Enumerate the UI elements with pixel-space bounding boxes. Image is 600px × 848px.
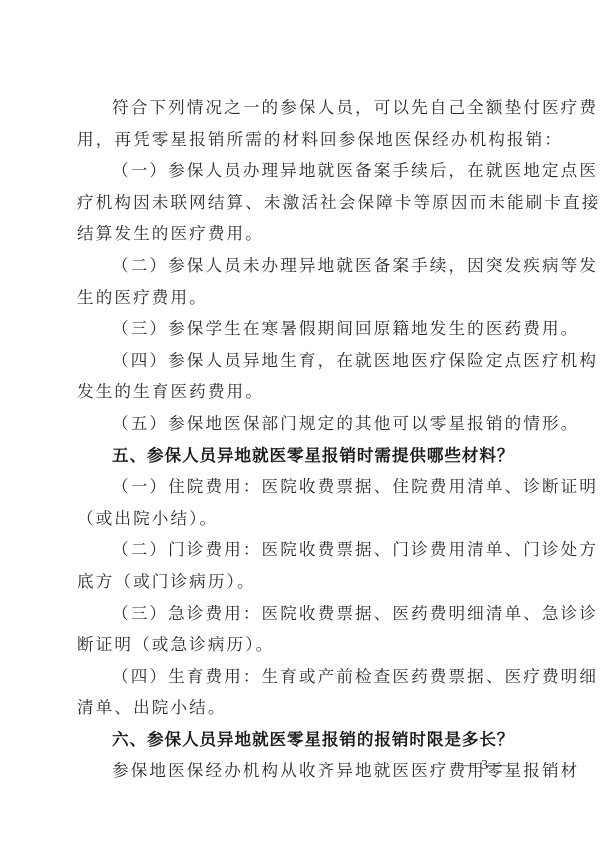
item-3-line-1: （三）参保学生在寒暑假期间回原籍地发生的医药费用。 xyxy=(77,313,523,345)
item-1-line-2: 疗机构因未联网结算、未激活社会保障卡等原因而未能刷卡直接 xyxy=(77,187,523,219)
page-number: — 3 — xyxy=(455,758,515,774)
material-2-line-1: （二）门诊费用：医院收费票据、门诊费用清单、门诊处方 xyxy=(77,534,523,566)
item-2-line-1: （二）参保人员未办理异地就医备案手续，因突发疾病等发 xyxy=(77,250,523,282)
material-2-line-2: 底方（或门诊病历）。 xyxy=(77,566,523,598)
item-4-line-2: 发生的生育医药费用。 xyxy=(77,376,523,408)
document-page: 符合下列情况之一的参保人员，可以先自己全额垫付医疗费 用，再凭零星报销所需的材料… xyxy=(0,0,600,848)
material-3-line-2: 断证明（或急诊病历）。 xyxy=(77,629,523,661)
paragraph-intro-line-2: 用，再凭零星报销所需的材料回参保地医保经办机构报销： xyxy=(77,124,523,156)
material-1-line-2: （或出院小结）。 xyxy=(77,503,523,535)
section-5-heading: 五、参保人员异地就医零星报销时需提供哪些材料？ xyxy=(77,440,523,472)
material-1-line-1: （一）住院费用：医院收费票据、住院费用清单、诊断证明 xyxy=(77,471,523,503)
material-4-line-2: 清单、出院小结。 xyxy=(77,692,523,724)
material-3-line-1: （三）急诊费用：医院收费票据、医药费明细清单、急诊诊 xyxy=(77,598,523,630)
item-5-line-1: （五）参保地医保部门规定的其他可以零星报销的情形。 xyxy=(77,408,523,440)
item-2-line-2: 生的医疗费用。 xyxy=(77,282,523,314)
section-6-heading: 六、参保人员异地就医零星报销的报销时限是多长？ xyxy=(77,724,523,756)
item-4-line-1: （四）参保人员异地生育，在就医地医疗保险定点医疗机构 xyxy=(77,345,523,377)
material-4-line-1: （四）生育费用：生育或产前检查医药费票据、医疗费明细 xyxy=(77,661,523,693)
paragraph-intro-line-1: 符合下列情况之一的参保人员，可以先自己全额垫付医疗费 xyxy=(77,92,523,124)
page-body: 符合下列情况之一的参保人员，可以先自己全额垫付医疗费 用，再凭零星报销所需的材料… xyxy=(77,92,523,787)
item-1-line-3: 结算发生的医疗费用。 xyxy=(77,218,523,250)
item-1-line-1: （一）参保人员办理异地就医备案手续后，在就医地定点医 xyxy=(77,155,523,187)
